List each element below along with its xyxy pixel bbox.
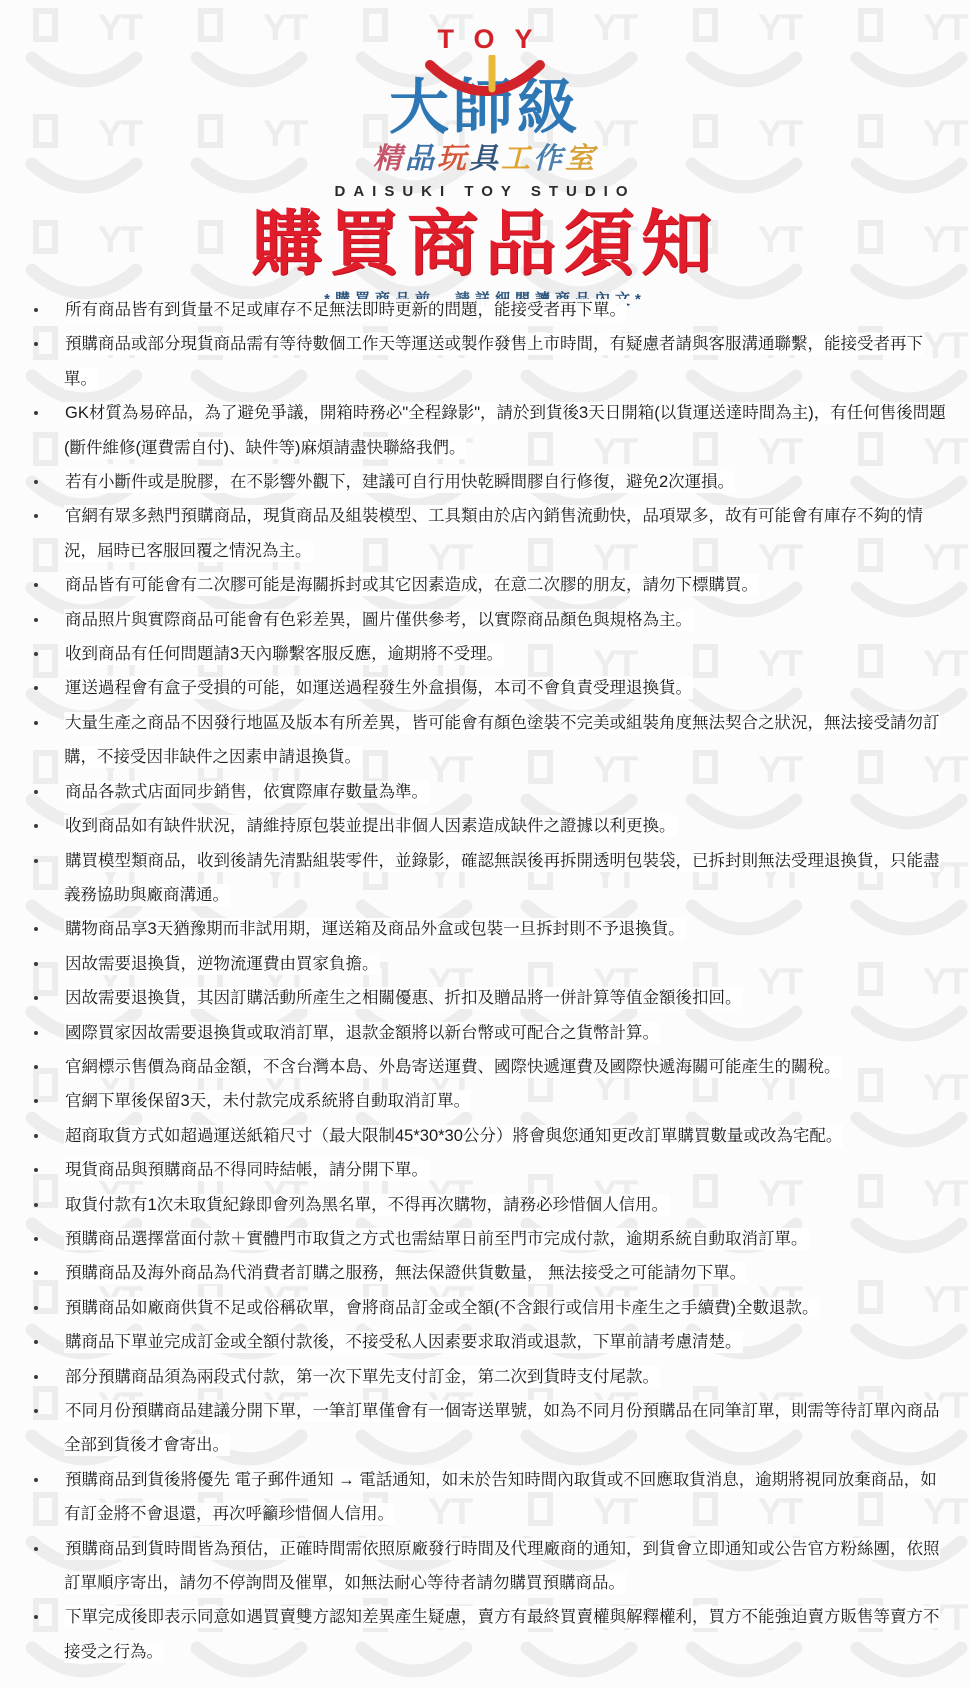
notice-item: 超商取貨方式如超過運送紙箱尺寸（最大限制45*30*30公分）將會與您通知更改訂… (30, 1119, 946, 1153)
notice-item-text: 國際買家因故需要退換貨或取消訂單，退款金額將以新台幣或可配合之貨幣計算。 (64, 1022, 660, 1044)
brand-tagline-char: 作 (533, 143, 565, 175)
notice-item: 因故需要退換貨，逆物流運費由買家負擔。 (30, 947, 946, 981)
brand-header: TOY 大師級 精品玩具工作室 DAISUKI TOY STUDIO 購買商品須… (0, 26, 970, 307)
notice-item: 購物商品享3天猶豫期而非試用期，運送箱及商品外盒或包裝一旦拆封則不予退換貨。 (30, 912, 946, 946)
notice-item-text: 預購商品到貨時間皆為預估，正確時間需依照原廠發行時間及代理廠商的通知，到貨會立即… (64, 1538, 940, 1594)
notice-item-text: 購商品下單並完成訂金或全額付款後，不接受私人因素要求取消或退款，下單前請考慮清楚… (64, 1331, 743, 1353)
notice-item-text: 官網標示售價為商品金額，不含台灣本島、外島寄送運費、國際快遞運費及國際快遞海關可… (64, 1056, 842, 1078)
notice-item-text: 預購商品到貨後將優先 電子郵件通知 → 電話通知，如未於告知時間內取貨或不回應取… (64, 1469, 937, 1525)
toy-wordmark: TOY (0, 26, 970, 53)
logo-smile-icon (410, 55, 560, 113)
notice-item-text: 收到商品有任何問題請3天內聯繫客服反應，逾期將不受理。 (64, 643, 504, 665)
notice-item: 國際買家因故需要退換貨或取消訂單，退款金額將以新台幣或可配合之貨幣計算。 (30, 1016, 946, 1050)
notice-item-text: 部分預購商品須為兩段式付款，第一次下單先支付訂金，第二次到貨時支付尾款。 (64, 1366, 660, 1388)
notice-item-text: 預購商品如廠商供貨不足或俗稱砍單，會將商品訂金或全額(不含銀行或信用卡產生之手續… (64, 1297, 820, 1319)
notice-item-text: 所有商品皆有到貨量不足或庫存不足無法即時更新的問題，能接受者再下單。 (64, 299, 627, 321)
notice-item: 收到商品如有缺件狀況，請維持原包裝並提出非個人因素造成缺件之證據以利更換。 (30, 809, 946, 843)
notice-item: 購買模型類商品，收到後請先清點組裝零件，並錄影，確認無誤後再拆開透明包裝袋，已拆… (30, 844, 946, 913)
notice-item: 不同月份預購商品建議分開下單，一筆訂單僅會有一個寄送單號，如為不同月份預購品在同… (30, 1394, 946, 1463)
notice-item-text: 預購商品選擇當面付款＋實體門市取貨之方式也需結單日前至門市完成付款，逾期系統自動… (64, 1228, 809, 1250)
notice-item: 商品照片與實際商品可能會有色彩差異，圖片僅供參考，以實際商品顏色與規格為主。 (30, 603, 946, 637)
notice-item: 因故需要退換貨，其因訂購活動所產生之相關優惠、折扣及贈品將一併計算等值金額後扣回… (30, 981, 946, 1015)
brand-tagline-char: 精 (373, 143, 405, 175)
notice-item-text: 預購商品及海外商品為代消費者訂購之服務，無法保證供貨數量， 無法接受之可能請勿下… (64, 1262, 747, 1284)
notice-item-text: 商品各款式店面同步銷售，依實際庫存數量為準。 (64, 781, 429, 803)
brand-tagline-char: 室 (565, 143, 597, 175)
notice-item: 現貨商品與預購商品不得同時結帳，請分開下單。 (30, 1153, 946, 1187)
notice-item-text: 超商取貨方式如超過運送紙箱尺寸（最大限制45*30*30公分）將會與您通知更改訂… (64, 1125, 843, 1147)
notice-item-text: 取貨付款有1次未取貨紀錄即會列為黑名單，不得再次購物，請務必珍惜個人信用。 (64, 1194, 669, 1216)
notice-item-text: 購買模型類商品，收到後請先清點組裝零件，並錄影，確認無誤後再拆開透明包裝袋，已拆… (64, 850, 940, 906)
brand-tagline-char: 具 (469, 143, 501, 175)
notice-item: 預購商品或部分現貨商品需有等待數個工作天等運送或製作發售上市時間，有疑慮者請與客… (30, 327, 946, 396)
notice-item: 預購商品及海外商品為代消費者訂購之服務，無法保證供貨數量， 無法接受之可能請勿下… (30, 1256, 946, 1290)
notice-item: 部分預購商品須為兩段式付款，第一次下單先支付訂金，第二次到貨時支付尾款。 (30, 1360, 946, 1394)
notice-item: 預購商品選擇當面付款＋實體門市取貨之方式也需結單日前至門市完成付款，逾期系統自動… (30, 1222, 946, 1256)
notice-item: 大量生產之商品不因發行地區及版本有所差異，皆可能會有顏色塗裝不完美或組裝角度無法… (30, 706, 946, 775)
notice-item: 收到商品有任何問題請3天內聯繫客服反應，逾期將不受理。 (30, 637, 946, 671)
notice-list: 所有商品皆有到貨量不足或庫存不足無法即時更新的問題，能接受者再下單。 預購商品或… (30, 293, 946, 1669)
notice-item: 預購商品到貨時間皆為預估，正確時間需依照原廠發行時間及代理廠商的通知，到貨會立即… (30, 1532, 946, 1601)
brand-name-en: DAISUKI TOY STUDIO (0, 184, 970, 199)
notice-item-text: 收到商品如有缺件狀況，請維持原包裝並提出非個人因素造成缺件之證據以利更換。 (64, 815, 677, 837)
brand-tagline-char: 玩 (437, 143, 469, 175)
notice-item: 下單完成後即表示同意如遇買賣雙方認知差異產生疑慮，賣方有最終買賣權與解釋權利，買… (30, 1600, 946, 1669)
notice-item-text: 大量生產之商品不因發行地區及版本有所差異，皆可能會有顏色塗裝不完美或組裝角度無法… (64, 712, 940, 768)
notice-item: 所有商品皆有到貨量不足或庫存不足無法即時更新的問題，能接受者再下單。 (30, 293, 946, 327)
notice-item-text: 不同月份預購商品建議分開下單，一筆訂單僅會有一個寄送單號，如為不同月份預購品在同… (64, 1400, 940, 1456)
brand-tagline-char: 品 (405, 143, 437, 175)
notice-item-text: 官網有眾多熱門預購商品，現貨商品及組裝模型、工具類由於店內銷售流動快，品項眾多，… (64, 505, 923, 561)
brand-tagline-char: 工 (501, 143, 533, 175)
notice-item-text: 因故需要退換貨，其因訂購活動所產生之相關優惠、折扣及贈品將一併計算等值金額後扣回… (64, 987, 743, 1009)
notice-item-text: 商品皆有可能會有二次膠可能是海關拆封或其它因素造成，在意二次膠的朋友，請勿下標購… (64, 574, 759, 596)
notice-item-text: 官網下單後保留3天，未付款完成系統將自動取消訂單。 (64, 1090, 471, 1112)
notice-item-text: 運送過程會有盒子受損的可能，如運送過程發生外盒損傷，本司不會負責受理退換貨。 (64, 677, 693, 699)
notice-item-text: 下單完成後即表示同意如遇買賣雙方認知差異產生疑慮，賣方有最終買賣權與解釋權利，買… (64, 1606, 940, 1662)
notice-item: 預購商品如廠商供貨不足或俗稱砍單，會將商品訂金或全額(不含銀行或信用卡產生之手續… (30, 1291, 946, 1325)
notice-item: 若有小斷件或是脫膠，在不影響外觀下，建議可自行用快乾瞬間膠自行修復，避免2次運損… (30, 465, 946, 499)
notice-item-text: 商品照片與實際商品可能會有色彩差異，圖片僅供參考，以實際商品顏色與規格為主。 (64, 609, 693, 631)
notice-item-text: 預購商品或部分現貨商品需有等待數個工作天等運送或製作發售上市時間，有疑慮者請與客… (64, 333, 923, 389)
notice-item: 官網下單後保留3天，未付款完成系統將自動取消訂單。 (30, 1084, 946, 1118)
notice-item: 官網標示售價為商品金額，不含台灣本島、外島寄送運費、國際快遞運費及國際快遞海關可… (30, 1050, 946, 1084)
notice-item: 商品各款式店面同步銷售，依實際庫存數量為準。 (30, 775, 946, 809)
notice-item-text: GK材質為易碎品，為了避免爭議，開箱時務必"全程錄影"，請於到貨後3天日開箱(以… (64, 402, 946, 458)
notice-item: 運送過程會有盒子受損的可能，如運送過程發生外盒損傷，本司不會負責受理退換貨。 (30, 671, 946, 705)
notice-item: 預購商品到貨後將優先 電子郵件通知 → 電話通知，如未於告知時間內取貨或不回應取… (30, 1463, 946, 1532)
notice-item: GK材質為易碎品，為了避免爭議，開箱時務必"全程錄影"，請於到貨後3天日開箱(以… (30, 396, 946, 465)
notice-item-text: 若有小斷件或是脫膠，在不影響外觀下，建議可自行用快乾瞬間膠自行修復，避免2次運損… (64, 471, 735, 493)
notice-item-text: 購物商品享3天猶豫期而非試用期，運送箱及商品外盒或包裝一旦拆封則不予退換貨。 (64, 918, 686, 940)
notice-item-text: 因故需要退換貨，逆物流運費由買家負擔。 (64, 953, 380, 975)
notice-item: 官網有眾多熱門預購商品，現貨商品及組裝模型、工具類由於店內銷售流動快，品項眾多，… (30, 499, 946, 568)
page-title: 購買商品須知 (0, 209, 970, 280)
notice-item: 商品皆有可能會有二次膠可能是海關拆封或其它因素造成，在意二次膠的朋友，請勿下標購… (30, 568, 946, 602)
purchase-notice-page: YT TOY 大師級 精品玩具工作室 DAISUKI TOY STUDIO 購買… (0, 0, 970, 1688)
notice-item-text: 現貨商品與預購商品不得同時結帳，請分開下單。 (64, 1159, 429, 1181)
brand-tagline-zh: 精品玩具工作室 (0, 144, 970, 176)
notice-item: 購商品下單並完成訂金或全額付款後，不接受私人因素要求取消或退款，下單前請考慮清楚… (30, 1325, 946, 1359)
notice-item: 取貨付款有1次未取貨紀錄即會列為黑名單，不得再次購物，請務必珍惜個人信用。 (30, 1188, 946, 1222)
